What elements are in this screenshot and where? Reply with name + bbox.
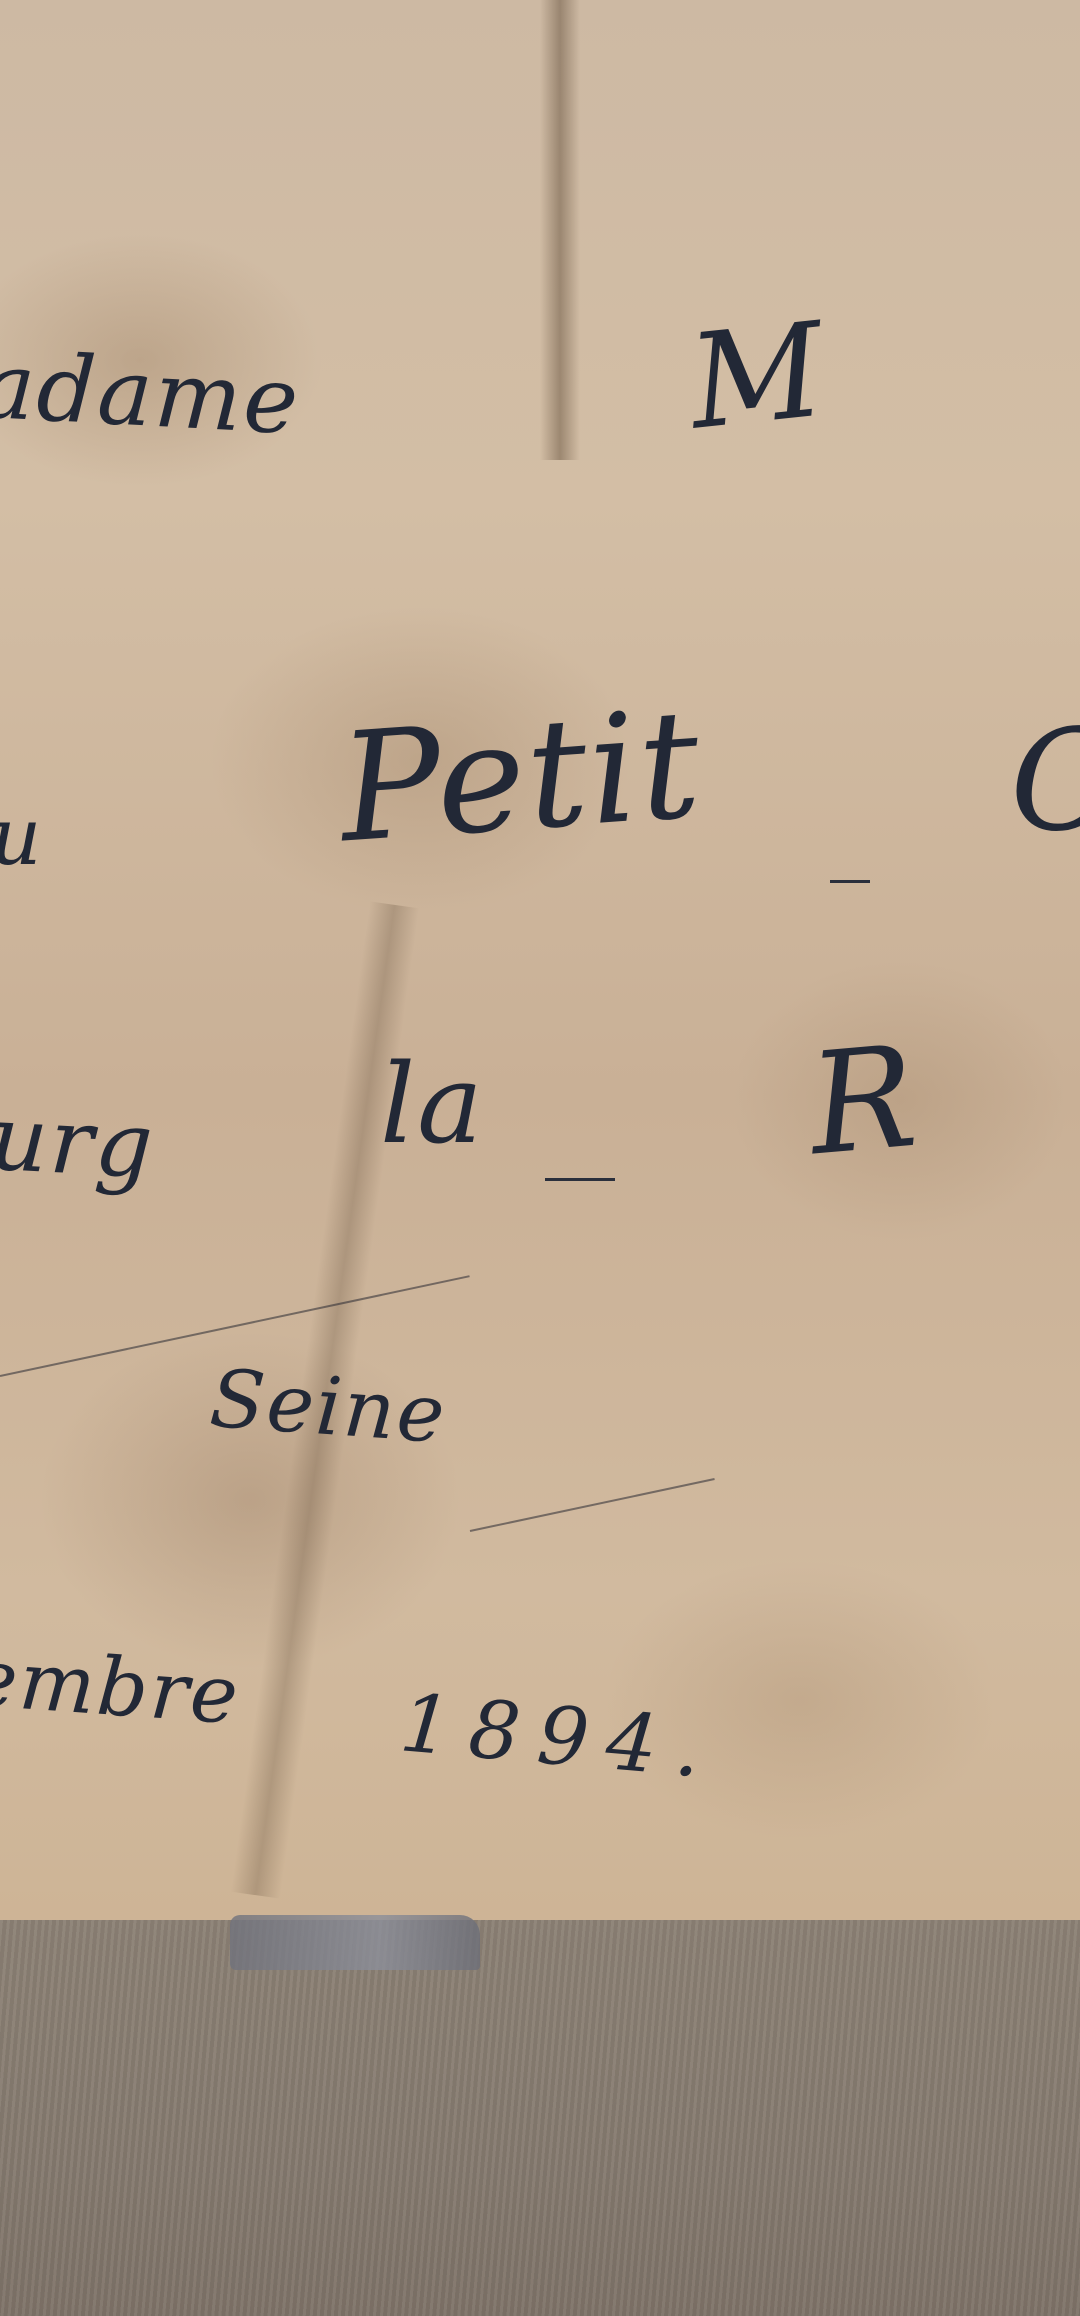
handwritten-fragment-u: u (0, 790, 44, 883)
handwritten-word-month: embre (0, 1631, 243, 1743)
torn-paper-edge (230, 1915, 480, 1970)
paper-fold-crease (540, 0, 580, 460)
handwritten-word-seine: Seine (207, 1352, 450, 1461)
handwritten-word-la: la (380, 1040, 485, 1168)
handwritten-word-petit: Petit (334, 678, 707, 877)
handwritten-word-bourg: urg (0, 1086, 157, 1199)
hyphen (545, 1178, 615, 1181)
handwritten-initial-m: M (682, 293, 832, 458)
hyphen (830, 880, 870, 883)
handwritten-word-madame: adame (0, 332, 303, 456)
handwritten-initial-c: C (1010, 700, 1080, 863)
handwritten-initial-r: R (803, 1016, 924, 1188)
table-surface (0, 1920, 1080, 2316)
